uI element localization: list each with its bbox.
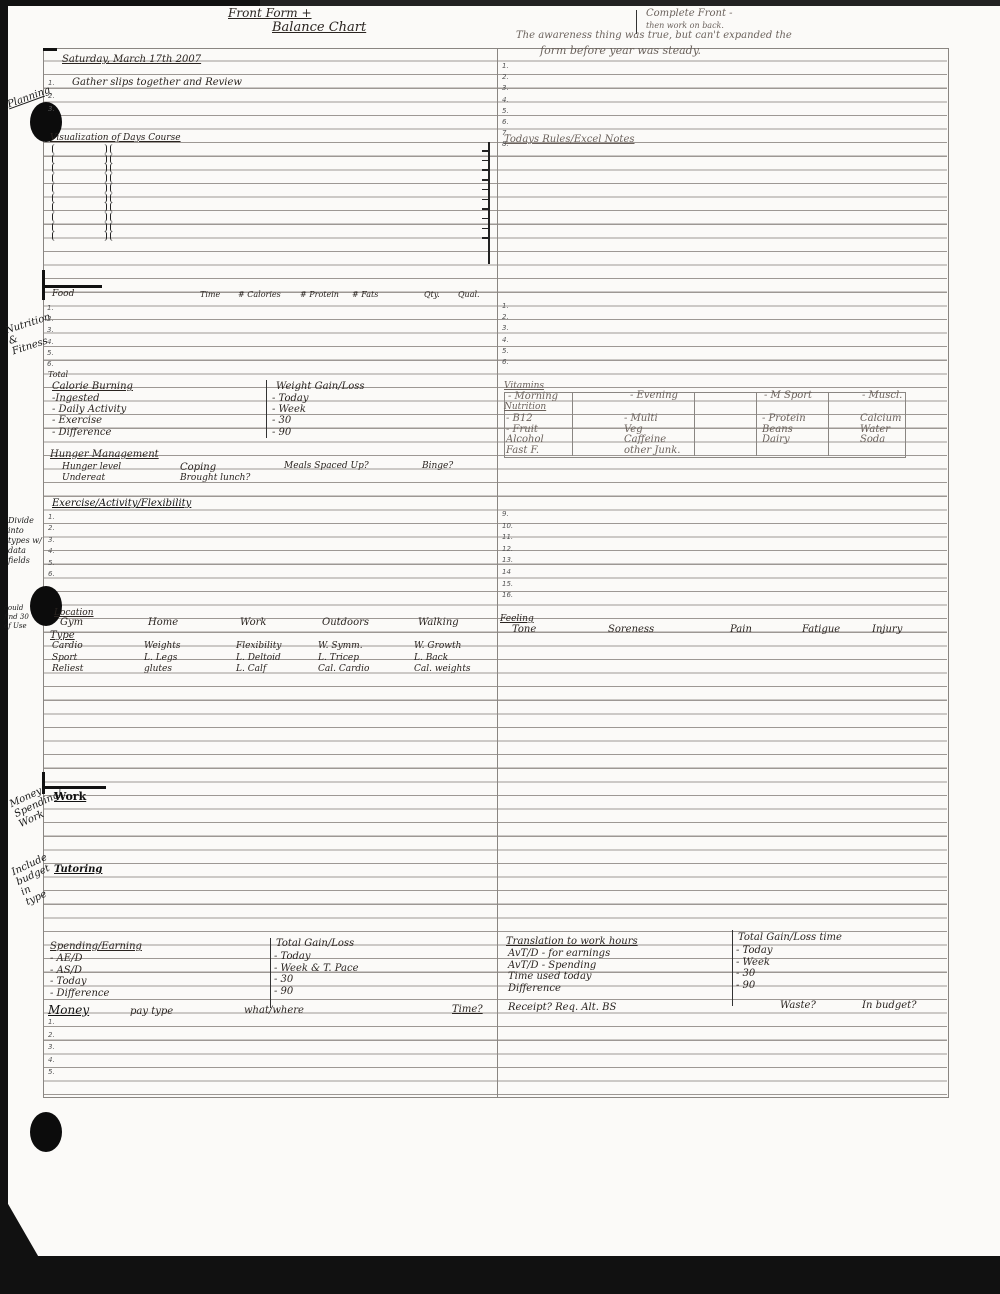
location-item: Gym	[60, 617, 83, 628]
vitamin-col-sep	[572, 392, 573, 456]
food-row-number: 3.	[47, 326, 54, 334]
timeline-bracket-open	[52, 202, 55, 212]
total-gain-item: - Week & T. Pace	[274, 963, 359, 974]
timeline-bracket-open	[52, 193, 55, 203]
timeline-bracket-open	[52, 144, 55, 154]
money-header-time: Time?	[452, 1004, 483, 1015]
note-line-1: Complete Front -	[646, 8, 733, 19]
scan-edge-corner	[0, 1190, 60, 1294]
tutoring-title: Tutoring	[54, 864, 102, 875]
food-header-protein: # Protein	[300, 290, 339, 299]
todays-rules-title: Todays Rules/Excel Notes	[504, 134, 635, 145]
timeline-bracket-open	[52, 163, 55, 173]
section-marker	[42, 285, 102, 288]
hunger-level: Hunger level	[62, 462, 121, 472]
side-label-could: could find 30 of Use	[4, 604, 32, 631]
feeling-item: Fatigue	[802, 624, 840, 635]
total-gain-item: - 90	[274, 986, 293, 997]
timeline-bracket-close	[104, 154, 107, 164]
vitamins-nutrition-label: Nutrition	[504, 402, 546, 412]
location-item: Walking	[418, 617, 459, 628]
feeling-item: Soreness	[608, 624, 654, 635]
food-row-number: 1.	[47, 304, 54, 312]
timeline-bracket-mark	[110, 193, 113, 203]
spending-item: - AS/D	[50, 965, 82, 976]
weight-title: Weight Gain/Loss	[276, 381, 365, 392]
type-item: L. Deltoid	[236, 653, 281, 663]
timeline-bracket-mark	[110, 154, 113, 164]
total-gain-item: - Today	[274, 951, 310, 962]
translation-item: AvT/D - Spending	[508, 960, 596, 971]
timeline-bracket-open	[52, 154, 55, 164]
right-row-number: 7.	[502, 129, 509, 137]
timeline-bracket-close	[104, 183, 107, 193]
vitamin-item: - B12	[506, 413, 533, 424]
work-title: Work	[54, 790, 86, 803]
exercise-row-number: 4.	[48, 547, 55, 555]
total-time-item: - 90	[736, 980, 755, 991]
type-item: Cardio	[52, 641, 83, 651]
spending-item: - Today	[50, 976, 86, 987]
money-row-number: 4.	[48, 1056, 55, 1064]
money-row-number: 1.	[48, 1018, 55, 1026]
vitamin-item: Soda	[860, 434, 885, 445]
note-line-2: then work on back.	[646, 21, 724, 30]
location-item: Work	[240, 617, 266, 628]
timeline-bracket-close	[104, 144, 107, 154]
section-marker	[42, 786, 106, 789]
money-budget: In budget?	[862, 1000, 917, 1011]
translation-item: AvT/D - for earnings	[508, 948, 610, 959]
money-waste: Waste?	[780, 1000, 816, 1011]
exercise-row-number: 1.	[48, 513, 55, 521]
type-item: L. Tricep	[318, 653, 359, 663]
hunger-title: Hunger Management	[50, 449, 159, 460]
location-item: Outdoors	[322, 617, 369, 628]
vitamin-item: Fast F.	[506, 445, 539, 456]
vitamins-msport: - M Sport	[764, 390, 812, 401]
right-row-number: 2.	[502, 313, 509, 321]
exercise-right-row-number: 15.	[502, 580, 513, 588]
hunger-undereat: Undereat	[62, 473, 105, 483]
calorie-item: -Ingested	[52, 393, 100, 404]
timeline-bracket-mark	[110, 202, 113, 212]
location-item: Home	[148, 617, 178, 628]
vitamin-item: - Fruit	[506, 424, 538, 435]
total-gain-item: - 30	[274, 974, 293, 985]
planning-num-1: 1.	[48, 79, 55, 87]
exercise-right-row-number: 16.	[502, 591, 513, 599]
type-title: Type	[50, 630, 75, 641]
right-row-number: 5.	[502, 347, 509, 355]
food-row-number: 6.	[47, 360, 54, 368]
food-header-fats: # Fats	[352, 290, 378, 299]
exercise-row-number: 3.	[48, 536, 55, 544]
title-line-2: Balance Chart	[272, 20, 366, 35]
feeling-item: Pain	[730, 624, 752, 635]
weight-item: - Week	[272, 404, 306, 415]
vitamin-item: - Protein	[762, 413, 806, 424]
planning-num-2: 2.	[48, 92, 55, 100]
weight-item: - 90	[272, 427, 291, 438]
vitamin-col-sep	[756, 392, 757, 456]
date-entry: Saturday, March 17th 2007	[62, 54, 201, 65]
note-line-3: The awareness thing was true, but can't …	[516, 30, 792, 41]
exercise-row-number: 6.	[48, 570, 55, 578]
right-row-number: 1.	[502, 62, 509, 70]
punch-hole-icon	[30, 586, 62, 626]
timeline-bracket-close	[104, 222, 107, 232]
planning-item-1: Gather slips together and Review	[72, 77, 242, 88]
vitamin-item: Dairy	[762, 434, 790, 445]
calorie-item: - Difference	[52, 427, 111, 438]
total-time-item: - Today	[736, 945, 772, 956]
title-line-1: Front Form +	[228, 6, 312, 20]
right-row-number: 3.	[502, 84, 509, 92]
calorie-title: Calorie Burning	[52, 381, 133, 392]
type-item: L. Calf	[236, 664, 266, 674]
type-item: Weights	[144, 641, 181, 651]
food-row-number: 4.	[47, 338, 54, 346]
vitamins-muscl: - Muscl.	[862, 390, 902, 401]
total-time-title: Total Gain/Loss time	[738, 932, 842, 943]
exercise-row-number: 5.	[48, 559, 55, 567]
exercise-right-row-number: 14	[502, 568, 511, 576]
type-item: Reliest	[52, 664, 83, 674]
vitamins-title: Vitamins	[504, 381, 544, 391]
vitamins-morning: - Morning	[508, 391, 558, 402]
feeling-title: Feeling	[500, 614, 534, 624]
money-receipt: Receipt? Req. Alt. BS	[508, 1002, 616, 1013]
punch-hole-icon	[30, 1112, 62, 1152]
exercise-right-row-number: 10.	[502, 522, 513, 530]
vitamins-evening: - Evening	[630, 390, 678, 401]
food-row-number: 5.	[47, 349, 54, 357]
translation-item: Time used today	[508, 971, 592, 982]
right-row-number: 2.	[502, 73, 509, 81]
center-divider	[497, 48, 498, 1098]
weight-item: - Today	[272, 393, 308, 404]
money-title: Money	[48, 1003, 89, 1017]
hunger-brought-lunch: Brought lunch?	[180, 473, 250, 483]
timeline-bracket-open	[52, 231, 55, 241]
calorie-weight-separator	[266, 380, 267, 438]
visualization-title: Visualization of Days Course	[50, 133, 181, 143]
feeling-item: Tone	[512, 624, 536, 635]
food-row-number: 2.	[47, 315, 54, 323]
spending-item: - Difference	[50, 988, 109, 999]
side-label-divide: Divide into types w/ data fields	[8, 516, 42, 566]
money-row-number: 5.	[48, 1068, 55, 1076]
exercise-title: Exercise/Activity/Flexibility	[52, 498, 191, 509]
type-item: Flexibility	[236, 641, 282, 651]
timeline-bracket-mark	[110, 173, 113, 183]
exercise-right-row-number: 9.	[502, 510, 509, 518]
type-item: Cal. Cardio	[318, 664, 369, 674]
exercise-right-row-number: 13.	[502, 556, 513, 564]
vitamin-col-sep	[828, 392, 829, 456]
food-header-time: Time	[200, 290, 220, 299]
timeline-bracket-mark	[110, 163, 113, 173]
timeline-bracket-open	[52, 212, 55, 222]
timeline-bracket-open	[52, 183, 55, 193]
vitamin-item: Beans	[762, 424, 793, 435]
food-header-calories: # Calories	[238, 290, 281, 299]
exercise-row-number: 2.	[48, 524, 55, 532]
type-item: W. Symm.	[318, 641, 363, 651]
timeline-bracket-mark	[110, 212, 113, 222]
spending-item: - AE/D	[50, 953, 82, 964]
scan-edge-bottom	[60, 1268, 1000, 1294]
right-row-number: 4.	[502, 336, 509, 344]
timeline-bracket-mark	[110, 183, 113, 193]
timeline-end-line	[488, 142, 490, 264]
timeline-bracket-mark	[110, 222, 113, 232]
timeline-bracket-open	[52, 222, 55, 232]
section-marker	[42, 772, 45, 794]
vitamin-item: Calcium	[860, 413, 902, 424]
calorie-item: - Exercise	[52, 415, 102, 426]
food-header-food: Food	[52, 289, 74, 299]
vitamin-item: Alcohol	[506, 434, 544, 445]
spending-title: Spending/Earning	[50, 941, 142, 952]
vitamin-grid	[504, 392, 906, 458]
type-item: Cal. weights	[414, 664, 471, 674]
vitamin-item: Caffeine	[624, 434, 666, 445]
section-marker	[43, 48, 57, 51]
vitamin-col-sep	[694, 392, 695, 456]
exercise-right-row-number: 12.	[502, 545, 513, 553]
right-row-number: 3.	[502, 324, 509, 332]
spending-separator	[270, 938, 271, 1008]
calorie-item: - Daily Activity	[52, 404, 126, 415]
planning-num-3: 3.	[48, 105, 55, 113]
vitamin-item: Veg	[624, 424, 643, 435]
right-row-number: 6.	[502, 358, 509, 366]
note-line-4: form before year was steady.	[540, 44, 701, 57]
type-item: L. Legs	[144, 653, 177, 663]
type-item: glutes	[144, 664, 172, 674]
timeline-bracket-mark	[110, 231, 113, 241]
timeline-bracket-close	[104, 193, 107, 203]
exercise-right-row-number: 11.	[502, 533, 513, 541]
right-row-number: 5.	[502, 107, 509, 115]
feeling-item: Injury	[872, 624, 902, 635]
timeline-bracket-close	[104, 212, 107, 222]
type-item: W. Growth	[414, 641, 461, 651]
translation-separator	[732, 930, 733, 1006]
total-time-item: - 30	[736, 968, 755, 979]
vitamin-item: Water	[860, 424, 890, 435]
type-item: L. Back	[414, 653, 448, 663]
food-header-qual: Qual.	[458, 290, 480, 299]
total-time-item: - Week	[736, 957, 770, 968]
translation-title: Translation to work hours	[506, 936, 638, 947]
timeline-bracket-mark	[110, 144, 113, 154]
food-header-qty: Qty.	[424, 290, 440, 299]
money-header-what-where: what/where	[244, 1005, 304, 1016]
right-row-number: 4.	[502, 96, 509, 104]
timeline-bracket-open	[52, 173, 55, 183]
vitamin-item: - Multi	[624, 413, 658, 424]
food-total-label: Total	[48, 370, 68, 379]
hunger-binge: Binge?	[422, 461, 453, 471]
money-row-number: 3.	[48, 1043, 55, 1051]
total-gain-title: Total Gain/Loss	[276, 938, 354, 949]
weight-item: - 30	[272, 415, 291, 426]
hunger-meals-spaced: Meals Spaced Up?	[284, 461, 369, 471]
vitamin-item: other Junk.	[624, 445, 680, 456]
money-row-number: 2.	[48, 1031, 55, 1039]
type-item: Sport	[52, 653, 77, 663]
hunger-coping: Coping	[180, 462, 216, 473]
right-row-number: 8.	[502, 140, 509, 148]
right-row-number: 6.	[502, 118, 509, 126]
money-header-pay-type: pay type	[130, 1006, 173, 1017]
right-row-number: 1.	[502, 302, 509, 310]
translation-item: Difference	[508, 983, 561, 994]
